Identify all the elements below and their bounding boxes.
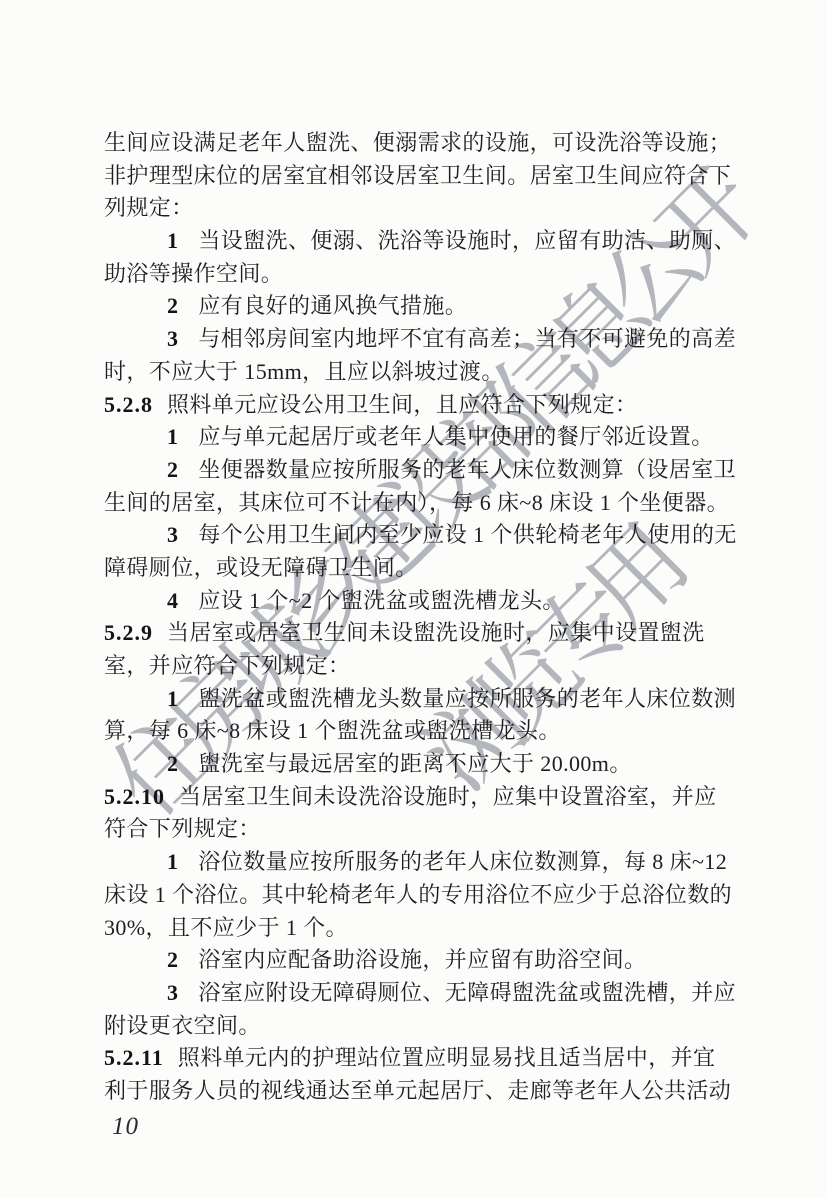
item-number: 3 [167,326,178,351]
item-number: 2 [167,947,178,972]
text-line: 1浴位数量应按所服务的老年人床位数测算，每 8 床~12 [104,846,726,879]
section-number: 5.2.10 [104,784,165,809]
item-number: 4 [167,588,178,613]
line-text: 当居室或居室卫生间未设盥洗设施时，应集中设置盥洗 [167,620,705,645]
line-text: 与相邻房间室内地坪不宜有高差；当有不可避免的高差 [198,326,736,351]
item-number: 1 [167,228,178,253]
text-line: 算，每 6 床~8 床设 1 个盥洗盆或盥洗槽龙头。 [104,715,726,748]
line-text: 助浴等操作空间。 [104,261,283,286]
text-line: 床设 1 个浴位。其中轮椅老年人的专用浴位不应少于总浴位数的 [104,879,726,912]
line-text: 生间的居室，其床位可不计在内），每 6 床~8 床设 1 个坐便器。 [104,490,729,515]
text-line: 1应与单元起居厅或老年人集中使用的餐厅邻近设置。 [104,421,726,454]
line-text: 盥洗盆或盥洗槽龙头数量应按所服务的老年人床位数测 [198,686,736,711]
text-line: 附设更衣空间。 [104,1010,726,1043]
text-line: 5.2.10当居室卫生间未设洗浴设施时，应集中设置浴室，并应 [104,781,726,814]
text-line: 2应有良好的通风换气措施。 [104,290,726,323]
line-text: 时，不应大于 15mm，且应以斜坡过渡。 [104,359,504,384]
text-line: 3与相邻房间室内地坪不宜有高差；当有不可避免的高差 [104,323,726,356]
text-line: 非护理型床位的居室宜相邻设居室卫生间。居室卫生间应符合下 [104,160,726,193]
line-text: 室，并应符合下列规定： [104,653,350,678]
text-line: 助浴等操作空间。 [104,258,726,291]
text-line: 1当设盥洗、便溺、洗浴等设施时，应留有助洁、助厕、 [104,225,726,258]
text-line: 列规定： [104,192,726,225]
item-number: 2 [167,751,178,776]
item-number: 3 [167,522,178,547]
line-text: 附设更衣空间。 [104,1013,261,1038]
page-number: 10 [112,1113,139,1141]
text-line: 1盥洗盆或盥洗槽龙头数量应按所服务的老年人床位数测 [104,683,726,716]
item-number: 1 [167,849,178,874]
line-text: 算，每 6 床~8 床设 1 个盥洗盆或盥洗槽龙头。 [104,718,561,743]
line-text: 应设 1 个~2 个盥洗盆或盥洗槽龙头。 [198,588,564,613]
item-number: 2 [167,457,178,482]
section-number: 5.2.11 [104,1045,164,1070]
line-text: 坐便器数量应按所服务的老年人床位数测算（设居室卫 [198,457,736,482]
item-number: 1 [167,686,178,711]
line-text: 生间应设满足老年人盥洗、便溺需求的设施，可设洗浴等设施； [104,130,731,155]
item-number: 1 [167,424,178,449]
item-number: 2 [167,293,178,318]
text-line: 5.2.11照料单元内的护理站位置应明显易找且适当居中，并宜 [104,1042,726,1075]
text-line: 2坐便器数量应按所服务的老年人床位数测算（设居室卫 [104,454,726,487]
line-text: 每个公用卫生间内至少应设 1 个供轮椅老年人使用的无 [198,522,736,547]
item-number: 3 [167,980,178,1005]
text-line: 30%，且不应少于 1 个。 [104,912,726,945]
line-text: 符合下列规定： [104,816,261,841]
line-text: 浴室应附设无障碍厕位、无障碍盥洗盆或盥洗槽，并应 [198,980,736,1005]
section-number: 5.2.8 [104,392,153,417]
line-text: 当居室卫生间未设洗浴设施时，应集中设置浴室，并应 [179,784,717,809]
line-text: 盥洗室与最远居室的距离不应大于 20.00m。 [198,751,631,776]
text-line: 符合下列规定： [104,813,726,846]
line-text: 浴位数量应按所服务的老年人床位数测算，每 8 床~12 [198,849,727,874]
line-text: 当设盥洗、便溺、洗浴等设施时，应留有助洁、助厕、 [198,228,736,253]
text-line: 2盥洗室与最远居室的距离不应大于 20.00m。 [104,748,726,781]
text-line: 4应设 1 个~2 个盥洗盆或盥洗槽龙头。 [104,585,726,618]
line-text: 应有良好的通风换气措施。 [198,293,467,318]
text-lines: 生间应设满足老年人盥洗、便溺需求的设施，可设洗浴等设施；非护理型床位的居室宜相邻… [104,127,726,1108]
text-line: 利于服务人员的视线通达至单元起居厅、走廊等老年人公共活动 [104,1075,726,1108]
text-line: 生间的居室，其床位可不计在内），每 6 床~8 床设 1 个坐便器。 [104,487,726,520]
text-line: 生间应设满足老年人盥洗、便溺需求的设施，可设洗浴等设施； [104,127,726,160]
text-line: 室，并应符合下列规定： [104,650,726,683]
line-text: 照料单元内的护理站位置应明显易找且适当居中，并宜 [178,1045,716,1070]
text-line: 时，不应大于 15mm，且应以斜坡过渡。 [104,356,726,389]
line-text: 列规定： [104,195,194,220]
line-text: 床设 1 个浴位。其中轮椅老年人的专用浴位不应少于总浴位数的 [104,882,732,907]
line-text: 30%，且不应少于 1 个。 [104,915,348,940]
text-line: 3浴室应附设无障碍厕位、无障碍盥洗盆或盥洗槽，并应 [104,977,726,1010]
line-text: 照料单元应设公用卫生间，且应符合下列规定： [167,392,637,417]
document-page: 住房城乡建设部信息公开 浏览专用 生间应设满足老年人盥洗、便溺需求的设施，可设洗… [0,0,827,1198]
line-text: 非护理型床位的居室宜相邻设居室卫生间。居室卫生间应符合下 [104,163,731,188]
text-line: 障碍厕位，或设无障碍卫生间。 [104,552,726,585]
text-line: 3每个公用卫生间内至少应设 1 个供轮椅老年人使用的无 [104,519,726,552]
text-line: 5.2.8照料单元应设公用卫生间，且应符合下列规定： [104,389,726,422]
line-text: 利于服务人员的视线通达至单元起居厅、走廊等老年人公共活动 [104,1078,731,1103]
line-text: 障碍厕位，或设无障碍卫生间。 [104,555,418,580]
line-text: 浴室内应配备助浴设施，并应留有助浴空间。 [198,947,646,972]
line-text: 应与单元起居厅或老年人集中使用的餐厅邻近设置。 [198,424,713,449]
text-line: 2浴室内应配备助浴设施，并应留有助浴空间。 [104,944,726,977]
section-number: 5.2.9 [104,620,153,645]
text-line: 5.2.9当居室或居室卫生间未设盥洗设施时，应集中设置盥洗 [104,617,726,650]
